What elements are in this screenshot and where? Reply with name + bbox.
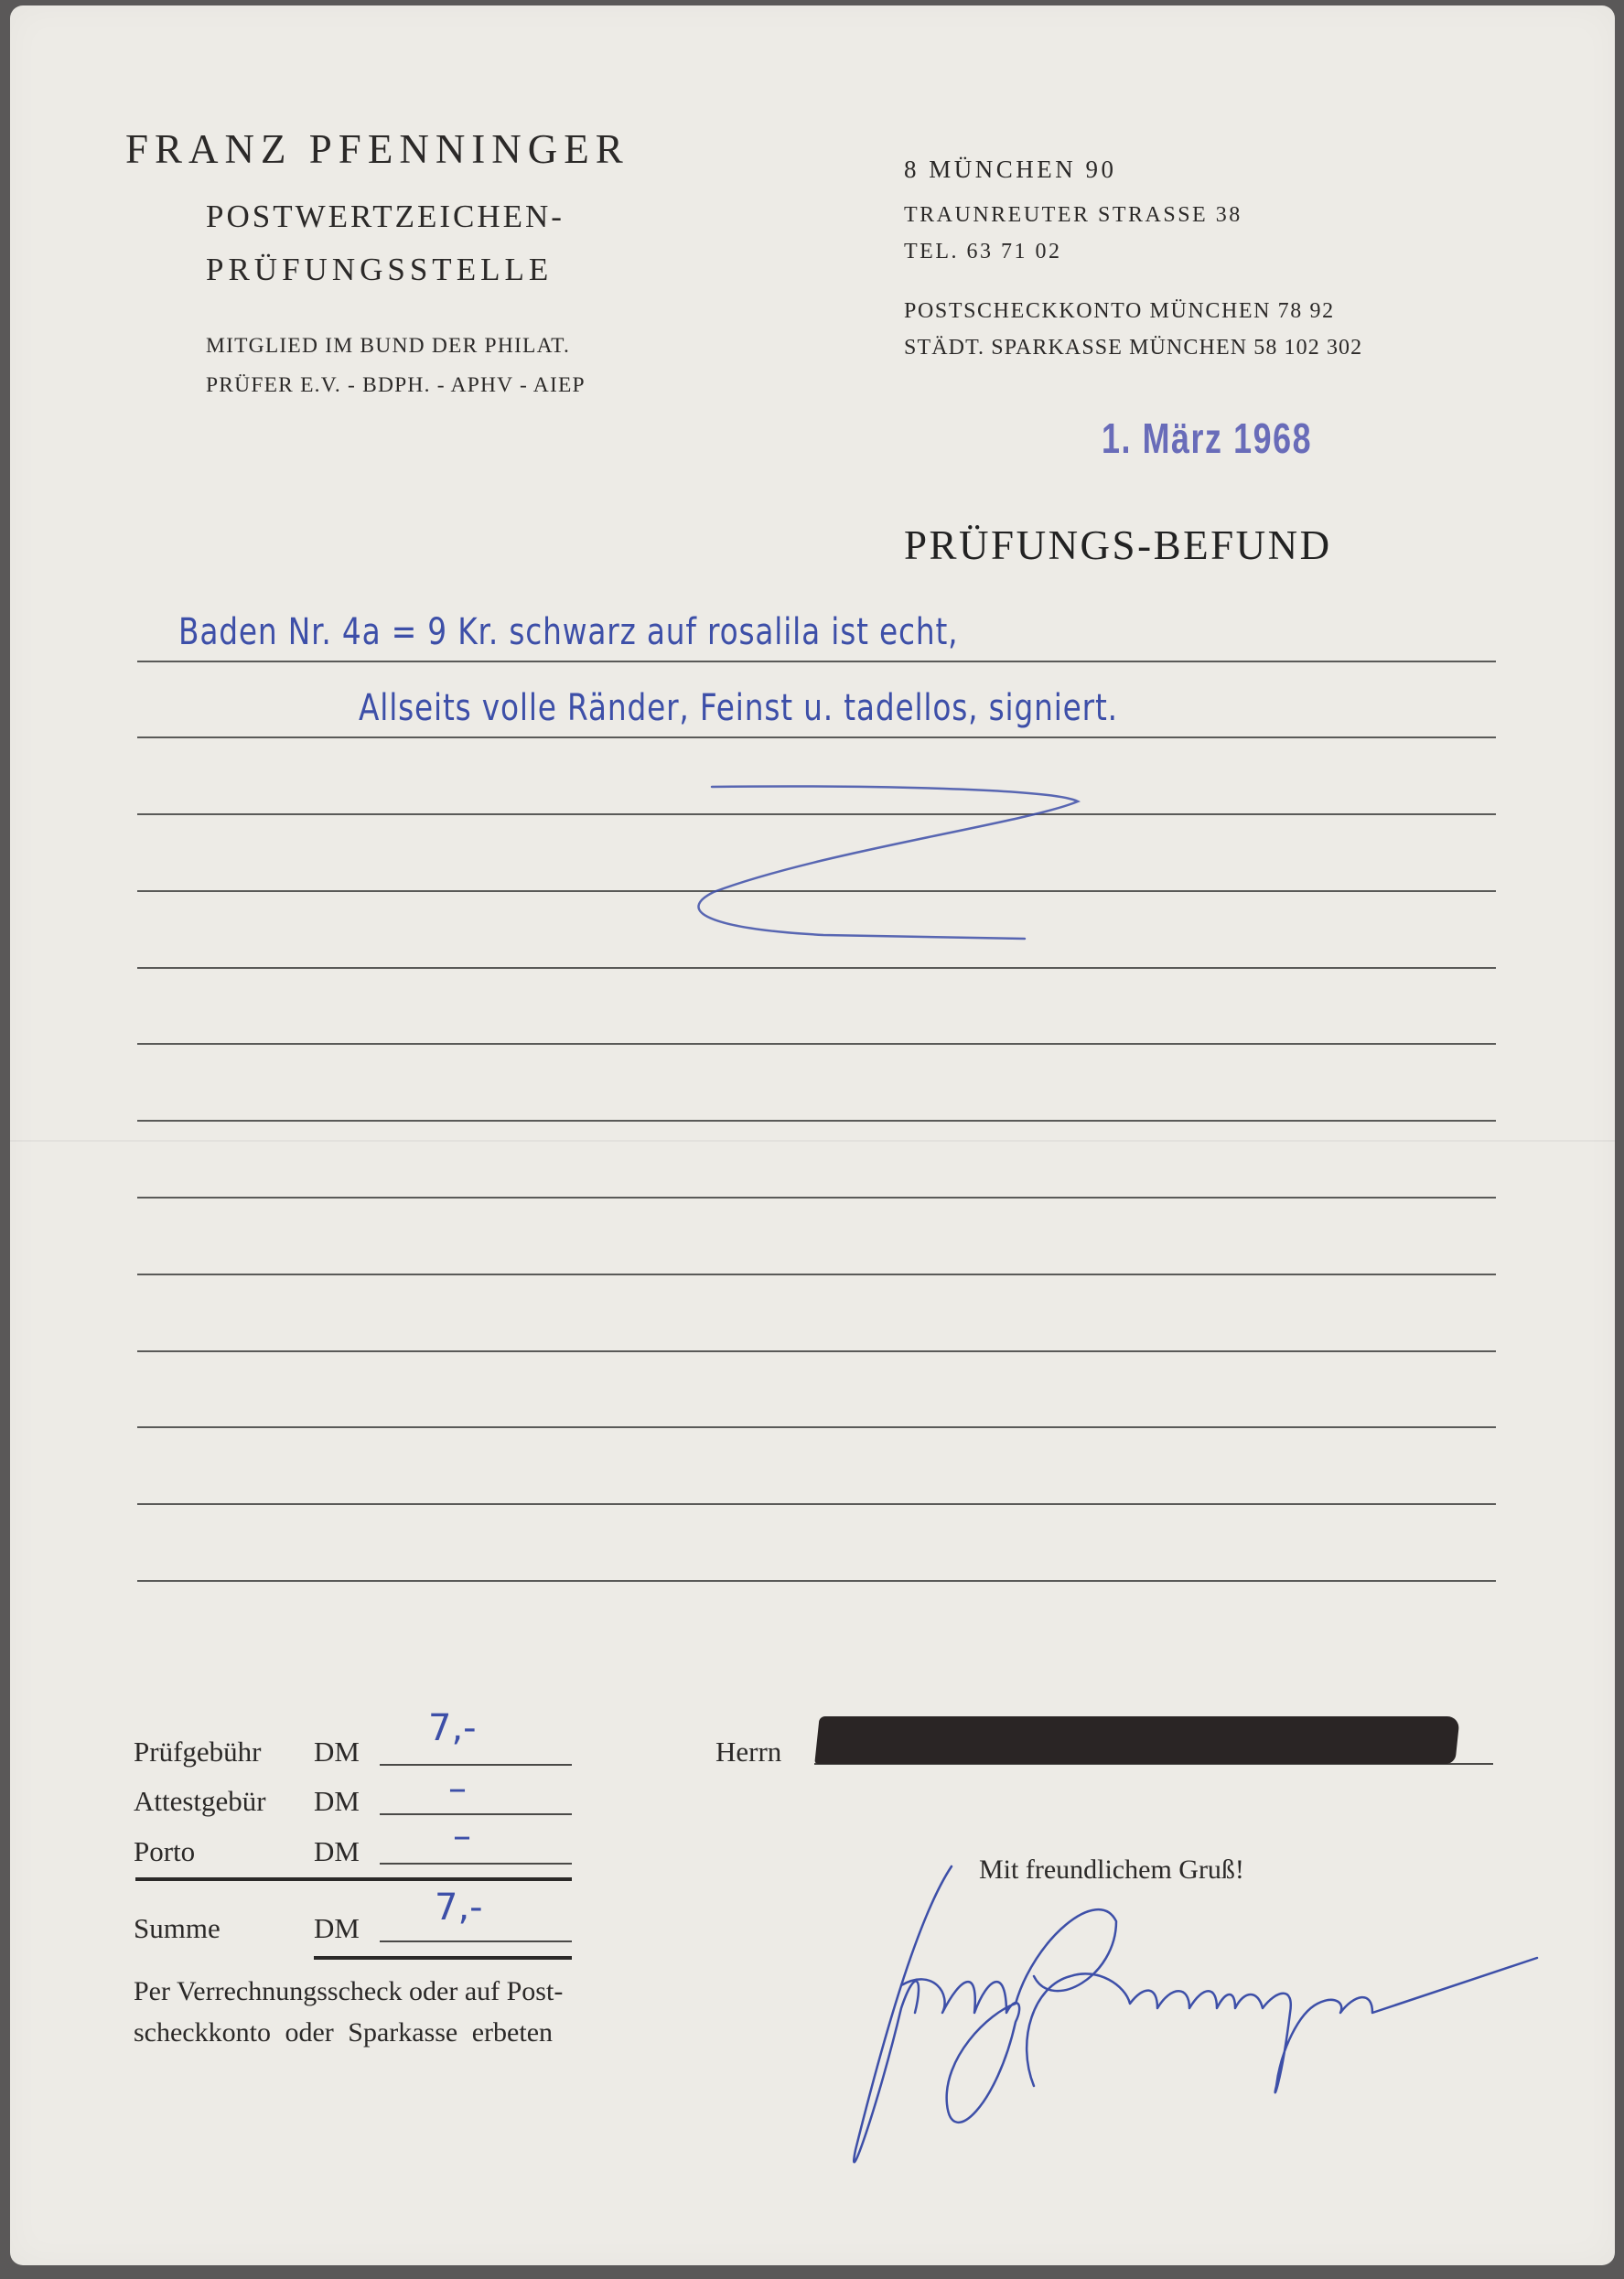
recipient-redaction [814,1716,1459,1764]
fee-value-porto: – [453,1815,471,1857]
fee-line [380,1813,572,1815]
sum-divider [135,1877,572,1881]
cancel-squiggle [698,787,1078,939]
payment-note-line-2: scheckkonto oder Sparkasse erbeten [134,2017,553,2048]
fee-label-porto: Porto [134,1835,195,1868]
fee-line [380,1764,572,1766]
fee-currency: DM [314,1736,360,1768]
fee-label-attestgebuer: Attestgebür [134,1785,266,1818]
fee-value-summe: 7,- [435,1887,483,1929]
payment-note-line-1: Per Verrechnungsscheck oder auf Post- [134,1976,563,2007]
fee-currency: DM [314,1835,360,1868]
fee-label-summe: Summe [134,1912,220,1945]
fee-line [380,1940,572,1942]
fee-currency: DM [314,1912,360,1945]
ink-strokes [0,0,1624,2279]
fee-value-pruefgebuehr: 7,- [428,1707,477,1749]
greeting: Mit freundlichem Gruß! [979,1854,1244,1886]
fee-currency: DM [314,1785,360,1818]
recipient-label: Herrn [715,1736,781,1768]
fee-line [380,1863,572,1865]
signature-stroke [854,1866,1537,2162]
fee-value-attestgebuer: – [448,1768,467,1810]
fee-label-pruefgebuehr: Prüfgebühr [134,1736,261,1768]
sum-double-underline [314,1956,572,1960]
